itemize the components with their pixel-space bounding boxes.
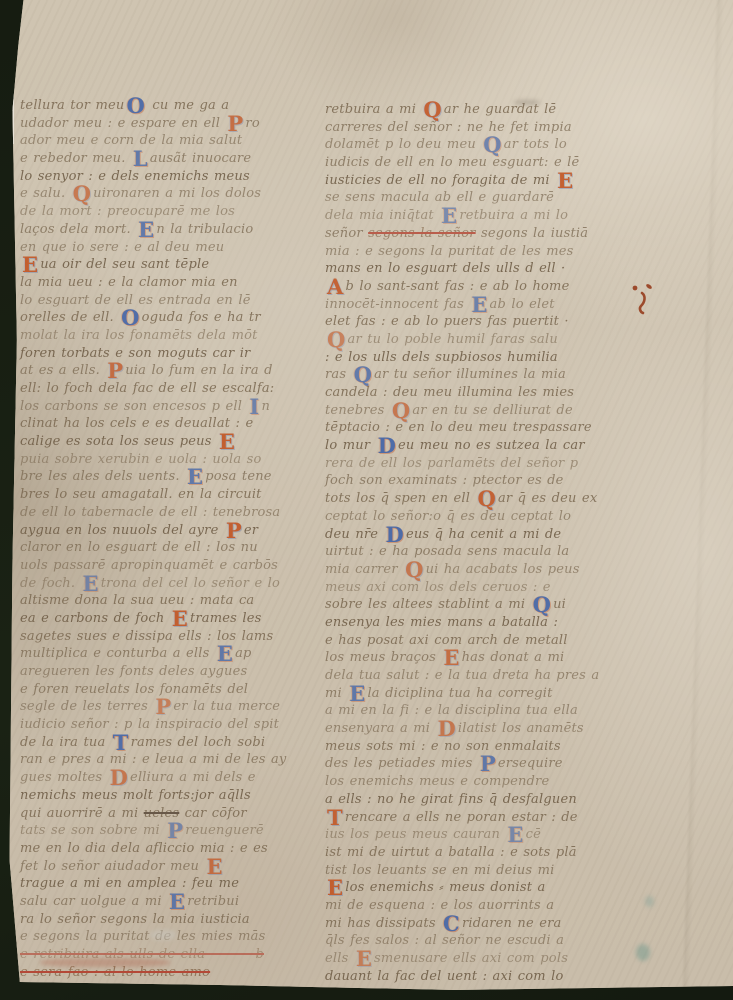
text-line: segle de les terres Per la tua merce [20,698,320,716]
script-text: ensenyara a mi [325,721,436,736]
text-line: carreres del señor : ne he fet impia [325,119,633,137]
text-line: bre les ales dels uents. Eposa tene [20,468,320,486]
script-text: ausãt inuocare [150,151,251,166]
script-text: e salu. [20,186,71,201]
script-text: señor [325,226,368,241]
text-line: tist los leuants se en mi deius mi [325,862,633,880]
script-text: ra lo señor segons la mia iusticia [20,912,250,927]
script-text: de la ira tua [20,735,111,750]
script-text: n la tribulacio [156,222,253,237]
script-text: uironaren a mi los dolos [93,186,261,201]
ink-stain [645,896,654,907]
script-text: er la tua merce [173,699,280,714]
text-line: gues moltes Delliura a mi dels e [20,769,320,787]
text-line: ran e pres a mi : e leua a mi de les ay [20,751,320,769]
script-text: iudicio señor : p la inspiracio del spit [20,717,279,732]
script-text: ist mi de uirtut a batalla : e sots plā [325,845,577,860]
script-text: retribui [187,894,239,909]
script-text: eu meu no es sutzea la car [398,438,585,453]
text-line: ea e carbons de foch Etrames les [20,610,320,628]
script-text: meus axi com los dels ceruos : e [325,580,551,595]
text-line: los carbons se son encesos p ell In [20,398,320,416]
script-text: ilatist los anamēts [458,721,584,736]
script-text: lo mur [325,438,376,453]
script-text: dela mia iniq̄tat [325,208,439,223]
text-line: puia sobre xerubin e uola : uola so [20,451,320,469]
script-text: smenusare ells axi com pols [374,951,568,966]
script-text: dauant la fac del uent : axi com lo [325,969,563,984]
text-line: tellura tor meuO cu me ga a [20,97,320,115]
script-text: at es a ells. [20,363,105,378]
script-text: has donat a mi [462,650,565,665]
text-line: tats se son sobre mi Preuenguerē [20,822,320,840]
script-text: tenebres [325,403,390,418]
script-text: er [244,523,258,538]
struck-text: segons la señor [368,226,476,241]
text-line: calige es sota los seus peus E [20,433,320,451]
text-line: Qar tu lo poble humil faras salu [325,331,633,349]
text-line: Elos enemichs ⸗ meus donist a [325,879,633,897]
script-text: tēptacio : e en lo deu meu trespassare [325,420,592,435]
script-text: mia carrer [325,562,403,577]
script-text: fet lo señor aiudador meu [20,859,204,874]
script-text: e foren reuelats los fonamēts del [20,682,248,697]
text-line: mi Ela diciplina tua ha corregit [325,685,633,703]
script-text: a ells : no he girat fins q̄ desfalguen [325,792,577,807]
text-line: innocēt-innocent fas Eab lo elet [325,296,633,314]
text-line: ra lo señor segons la mia iusticia [20,911,320,929]
text-line: me en lo dia dela afliccio mia : e es [20,840,320,858]
script-text: ell: lo foch dela fac de ell se escalfa: [20,381,274,396]
script-text: ran e pres a mi : e leua a mi de les ay [20,752,286,767]
text-line: des les petiades mies Persequire [325,755,633,773]
margin-nota-icon [630,282,657,318]
script-text: b lo sant-sant fas : e ab lo home [346,279,570,294]
script-text: tots los q̄ spen en ell [325,491,475,506]
script-text: de la mort : preocuparē me los [20,204,235,219]
script-text: se sens macula ab ell e guardarē [325,190,554,205]
text-line: claror en lo esguart de ell : los nu [20,539,320,557]
script-text: los enemichs ⸗ meus donist a [345,880,545,895]
script-text: ensenya les mies mans a batalla : [325,615,558,630]
text-line: ells Esmenusare ells axi com pols [325,950,633,968]
script-text: posa tene [205,469,272,484]
script-text: car cōfor [179,806,246,821]
script-text: gues moltes [20,770,108,785]
script-text: foren torbats e son moguts car ir [20,346,250,361]
script-text: tist los leuants se en mi deius mi [325,863,555,878]
script-text: n [261,399,270,414]
text-line: molat la ira los fonamēts dela mōt [20,327,320,345]
script-text: la diciplina tua ha corregit [367,686,552,701]
script-text: uia lo fum en la ira d [125,363,272,378]
text-line: laços dela mort. En la tribulacio [20,221,320,239]
script-text: ar en tu se delliurat de [412,403,573,418]
text-line: dela tua salut : e la tua dreta ha pres … [325,667,633,685]
text-line: de la mort : preocuparē me los [20,203,320,221]
text-line: mia carrer Qui ha acabats los peus [325,561,633,579]
text-line: uirtut : e ha posada sens macula la [325,543,633,561]
text-line: Eua oir del seu sant tēple [20,256,320,274]
text-line: se sens macula ab ell e guardarē [325,189,633,207]
script-text: qui auorrirē a mi [20,806,144,821]
script-text: ras [325,367,352,382]
text-line: rera de ell los parlamēts del señor p [325,455,633,473]
script-text: foch son examinats : ptector es de [325,473,564,488]
script-text: segle de les terres [20,699,153,714]
script-text: uirtut : e ha posada sens macula la [325,544,569,559]
script-text: calige es sota los seus peus [20,434,217,449]
script-text: bre les ales dels uents. [20,469,185,484]
text-line: ceptat lo señor:o q̄ es deu ceptat lo [325,508,633,526]
script-text: salu car uolgue a mi [20,894,167,909]
script-text: mia : e segons la puritat de les mes [325,244,574,259]
script-text: ar q̄ es deu ex [498,491,597,506]
script-text: rera de ell los parlamēts del señor p [325,456,578,471]
script-text: ro [245,116,259,131]
text-line: señor segons la señor segons la iustiā [325,225,633,243]
script-text: me en lo dia dela afliccio mia : e es [20,841,268,856]
script-text: ar tots lo [504,137,567,152]
script-text: trague a mi en amplea : feu me [20,876,239,891]
script-text: ea e carbons de foch [20,611,170,626]
text-line: multiplica e conturba a ells Eap [20,645,320,663]
script-text: ar tu señor illumines la mia [374,367,566,382]
text-line: iudicis de ell en lo meu esguart: e lē [325,154,633,172]
script-text: ceptat lo señor:o q̄ es deu ceptat lo [325,509,571,524]
text-line: retbuira a mi Qar he guardat lē [325,101,633,119]
text-line: uols passarē apropinquamēt e carbōs [20,557,320,575]
text-line: a ells : no he girat fins q̄ desfalguen [325,791,633,809]
script-text: aregueren les fonts deles aygues [20,664,247,679]
script-text: ells [325,951,354,966]
script-text: innocēt-innocent fas [325,297,469,312]
text-line: en que io sere : e al deu meu [20,239,320,257]
text-line: altisme dona la sua ueu : mata ca [20,592,320,610]
text-line: aregueren les fonts deles aygues [20,663,320,681]
script-text: ius los peus meus cauran [325,827,505,842]
scan-background: tellura tor meuO cu me ga audador meu : … [0,0,733,1000]
script-text: deu nr̄e [325,527,384,542]
script-text: cē [526,827,541,842]
script-text: ar tu lo poble humil faras salu [348,332,558,347]
text-line: de foch. Etrona del cel lo señor e lo [20,575,320,593]
script-text: dolamēt p lo deu meu [325,137,481,152]
small-smudge [514,100,540,105]
script-text: ador meu e corn de la mia salut [20,133,242,148]
text-line: deu nr̄e Deus q̄ ha cenit a mi de [325,526,633,544]
text-line: dolamēt p lo deu meu Qar tots lo [325,136,633,154]
text-line: bres lo seu amagatall. en la circuit [20,486,320,504]
text-line: mans en lo esguart dels ulls d ell · [325,260,633,278]
text-line: tēptacio : e en lo deu meu trespassare [325,419,633,437]
script-text: puia sobre xerubin e uola : uola so [20,452,262,467]
red-smudge [40,958,170,967]
script-text: bres lo seu amagatall. en la circuit [20,487,262,502]
script-text: uols passarē apropinquamēt e carbōs [20,558,278,573]
script-text: orelles de ell. [20,310,119,325]
text-column-right: retbuira a mi Qar he guardat lēcarreres … [325,101,633,985]
script-text: ab lo elet [490,297,555,312]
script-text: mi [325,686,347,701]
script-text: e rebedor meu. [20,151,131,166]
text-line: lo senyor : e dels enemichs meus [20,168,320,186]
script-text: ui ha acabats los peus [426,562,580,577]
script-text: udador meu : e espare en ell [20,116,225,131]
script-text: ap [235,646,251,661]
text-line: la mia ueu : e la clamor mia en [20,274,320,292]
text-line: meus sots mi : e no son enmalaits [325,738,633,756]
text-line: fet lo señor aiudador meu E [20,858,320,876]
text-line: aygua en los nuuols del ayre Per [20,522,320,540]
script-text: ar he guardat lē [444,102,556,117]
ink-stain [636,944,650,961]
text-line: iusticies de ell no foragita de mi E [325,172,633,190]
text-line: sobre les altees stablint a mi Qui [325,596,633,614]
text-line: sagetes sues e dissipa ells : los lams [20,628,320,646]
script-text: nemichs meus molt forts:jor aq̄lls [20,788,251,803]
script-text: des les petiades mies [325,756,478,771]
text-line: orelles de ell. Ooguda fos e ha tr [20,309,320,327]
text-column-left: tellura tor meuO cu me ga audador meu : … [20,97,320,981]
text-line: lo esguart de ell es entrada en lē [20,292,320,310]
text-line: iudicio señor : p la inspiracio del spit [20,716,320,734]
text-line: de ell lo tabernacle de ell : tenebrosa [20,504,320,522]
script-text: trona del cel lo señor e lo [101,576,280,591]
text-line: ras Qar tu señor illumines la mia [325,366,633,384]
script-text: sobre les altees stablint a mi [325,597,531,612]
text-line: los meus braços Ehas donat a mi [325,649,633,667]
text-line: ensenya les mies mans a batalla : [325,614,633,632]
script-text: los meus braços [325,650,441,665]
text-line: a mi en la fi : e la disciplina tua ella [325,702,633,720]
text-line: mi de esquena : e los auorrints a [325,897,633,915]
script-text: segons la iustiā [476,226,589,241]
text-line: lo mur Deu meu no es sutzea la car [325,437,633,455]
text-line: tots los q̄ spen en ell Qar q̄ es deu ex [325,490,633,508]
text-line: udador meu : e espare en ell Pro [20,115,320,133]
text-line: ist mi de uirtut a batalla : e sots plā [325,844,633,862]
text-line: dela mia iniq̄tat Eretbuira a mi lo [325,207,633,225]
script-text: meus sots mi : e no son enmalaits [325,739,561,754]
text-line: clinat ha los cels e es deuallat : e [20,415,320,433]
text-line: e has posat axi com arch de metall [325,632,633,650]
script-text: elliura a mi dels e [130,770,256,785]
text-line: ius los peus meus cauran Ecē [325,826,633,844]
parchment-page: tellura tor meuO cu me ga audador meu : … [0,0,733,1000]
script-text: en que io sere : e al deu meu [20,240,224,255]
text-line: los enemichs meus e compendre [325,773,633,791]
script-text: trames les [190,611,262,626]
script-text: mans en lo esguart dels ulls d ell · [325,261,565,276]
abrasion-mark [150,930,176,940]
text-line: at es a ells. Puia lo fum en la ira d [20,362,320,380]
script-text: dela tua salut : e la tua dreta ha pres … [325,668,599,683]
script-text: claror en lo esguart de ell : los nu [20,540,258,555]
script-text: sagetes sues e dissipa ells : los lams [20,629,273,644]
script-text: rencare a ells ne poran estar : de [345,810,578,825]
text-line: e salu. Quironaren a mi los dolos [20,185,320,203]
script-text: ridaren ne era [462,916,562,931]
script-text: retbuira a mi [325,102,421,117]
script-text: e segons la puritat de les mies mās [20,929,266,944]
script-text: la mia ueu : e la clamor mia en [20,275,238,290]
script-text: altisme dona la sua ueu : mata ca [20,593,254,608]
script-text: aygua en los nuuols del ayre [20,523,224,538]
text-line: de la ira tua Trames del loch sobi [20,734,320,752]
script-text: mi de esquena : e los auorrints a [325,898,554,913]
script-text: molat la ira los fonamēts dela mōt [20,328,258,343]
text-line: foren torbats e son moguts car ir [20,345,320,363]
text-line: elet fas : e ab lo puers fas puertit · [325,313,633,331]
manuscript-scan-page: { "page": { "colors": { "scan_background… [0,0,733,1000]
script-text: oguda fos e ha tr [142,310,261,325]
script-text: los carbons se son encesos p ell [20,399,247,414]
text-line: ell: lo foch dela fac de ell se escalfa: [20,380,320,398]
text-line: tenebres Qar en tu se delliurat de [325,402,633,420]
script-text: lo senyor : e dels enemichs meus [20,169,250,184]
script-text: ua oir del seu sant tēple [40,257,209,272]
text-line: mi has dissipats Cridaren ne era [325,915,633,933]
script-text: cu me ga a [147,98,229,113]
script-text: tellura tor meu [20,98,125,113]
script-text: iusticies de ell no foragita de mi [325,173,555,188]
parchment-edge-highlight [10,88,14,144]
script-text: mi has dissipats [325,916,441,931]
text-line: e rebedor meu. Lausãt inuocare [20,150,320,168]
script-text: candela : deu meu illumina les mies [325,385,574,400]
script-text: laços dela mort. [20,222,136,237]
script-text: iudicis de ell en lo meu esguart: e lē [325,155,579,170]
script-text: eus q̄ ha cenit a mi de [406,527,561,542]
script-text: elet fas : e ab lo puers fas puertit · [325,314,569,329]
script-text: ui [553,597,566,612]
text-line: salu car uolgue a mi Eretribui [20,893,320,911]
script-text: los enemichs meus e compendre [325,774,549,789]
text-line: meus axi com los dels ceruos : e [325,579,633,597]
script-text: rames del loch sobi [131,735,266,750]
text-line: ador meu e corn de la mia salut [20,132,320,150]
script-text: tats se son sobre mi [20,823,165,838]
text-line: ensenyara a mi Dilatist los anamēts [325,720,633,738]
script-text: reuenguerē [185,823,264,838]
script-text: ersequire [498,756,563,771]
text-line: candela : deu meu illumina les mies [325,384,633,402]
script-text: de foch. [20,576,81,591]
script-text: retbuira a mi lo [459,208,568,223]
script-text: multiplica e conturba a ells [20,646,215,661]
script-text: carreres del señor : ne he fet impia [325,120,572,135]
text-line: nemichs meus molt forts:jor aq̄lls [20,787,320,805]
text-line: mia : e segons la puritat de les mes [325,243,633,261]
text-line: dauant la fac del uent : axi com lo [325,968,633,986]
text-line: Trencare a ells ne poran estar : de [325,809,633,827]
